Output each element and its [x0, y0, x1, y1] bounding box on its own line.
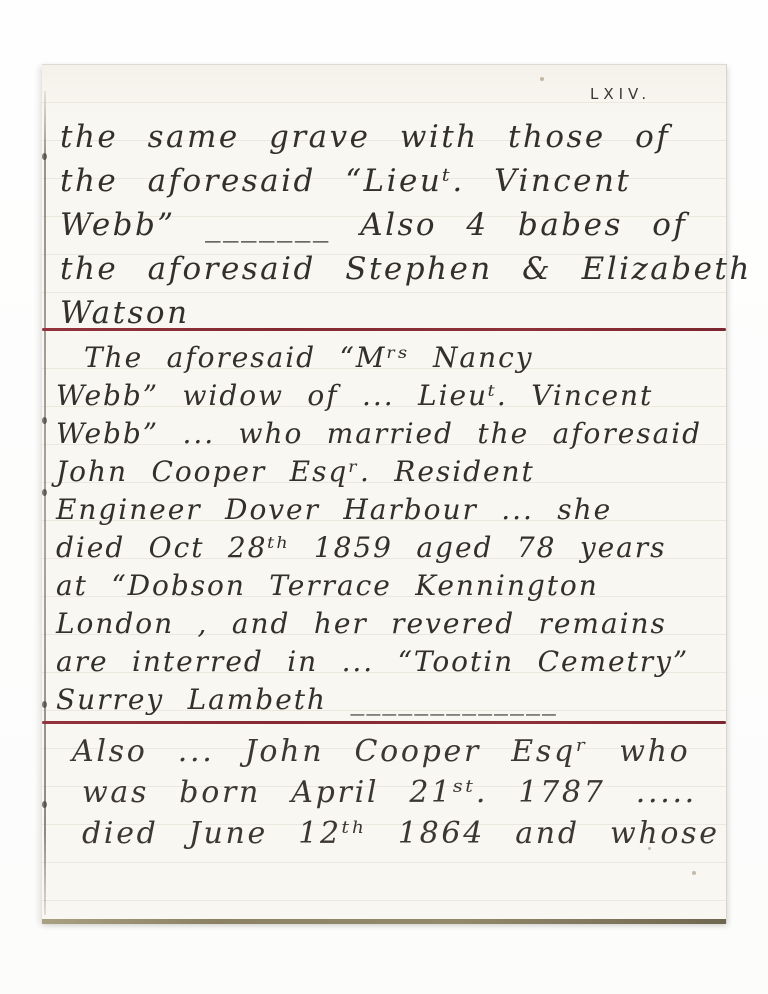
paragraph-3: Also ... John Cooper Esqʳ who was born A…: [58, 731, 720, 854]
handwritten-line: the aforesaid “Lieuᵗ. Vincent: [60, 159, 752, 203]
paper-speck: [540, 77, 544, 81]
handwritten-line: Also ... John Cooper Esqʳ who: [72, 731, 720, 772]
handwritten-line: John Cooper Esqʳ. Resident: [56, 453, 702, 491]
stitch-mark: [42, 153, 47, 160]
handwritten-line: was born April 21ˢᵗ. 1787 .....: [82, 772, 720, 813]
scanned-document-background: LXIV. the same grave with those of the a…: [0, 0, 768, 994]
stitch-mark: [42, 417, 47, 424]
stitch-mark: [42, 801, 47, 808]
manuscript-page: LXIV. the same grave with those of the a…: [42, 64, 727, 923]
handwritten-line: died June 12ᵗʰ 1864 and whose: [82, 813, 720, 854]
handwritten-line: Surrey Lambeth _____________: [56, 681, 702, 719]
handwritten-line: the same grave with those of: [60, 115, 752, 159]
handwritten-line: Engineer Dover Harbour ... she: [56, 491, 702, 529]
paragraph-2: The aforesaid “Mʳˢ Nancy Webb” widow of …: [56, 339, 702, 719]
red-divider-rule-2: [42, 721, 726, 724]
handwritten-line: Webb” ... who married the aforesaid: [56, 415, 702, 453]
handwritten-line: Webb” _______ Also 4 babes of: [60, 203, 752, 247]
stitch-mark: [42, 701, 47, 708]
handwritten-line: Webb” widow of ... Lieuᵗ. Vincent: [56, 377, 702, 415]
handwritten-line: the aforesaid Stephen & Elizabeth: [60, 247, 752, 291]
page-number: LXIV.: [590, 85, 651, 103]
handwritten-line: died Oct 28ᵗʰ 1859 aged 78 years: [56, 529, 702, 567]
red-divider-rule-1: [42, 328, 726, 331]
paper-speck: [692, 871, 696, 875]
handwritten-line: at “Dobson Terrace Kennington: [56, 567, 702, 605]
page-bottom-edge: [42, 919, 726, 924]
handwritten-line: London , and her revered remains: [56, 605, 702, 643]
handwritten-line: are interred in ... “Tootin Cemetry”: [56, 643, 702, 681]
binding-edge: [44, 91, 46, 915]
stitch-mark: [42, 489, 47, 496]
paragraph-1: the same grave with those of the aforesa…: [60, 115, 752, 335]
handwritten-line: The aforesaid “Mʳˢ Nancy: [84, 339, 702, 377]
